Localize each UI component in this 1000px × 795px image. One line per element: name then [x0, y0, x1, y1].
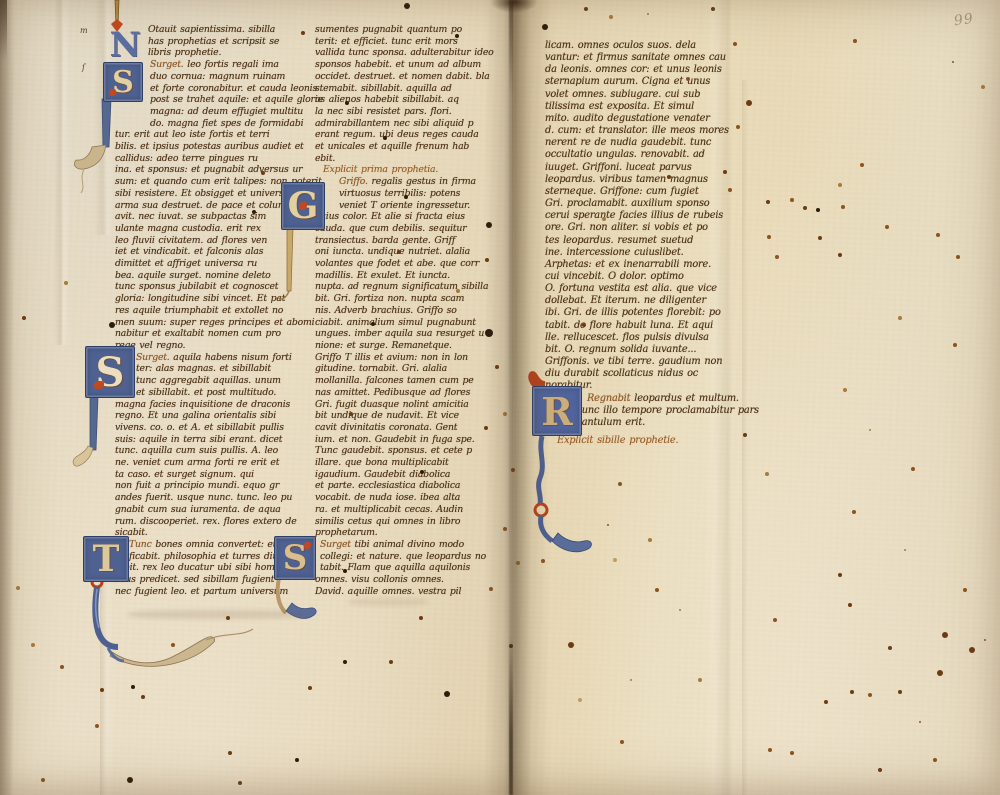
- stain-spot: [952, 61, 954, 63]
- text-line: Tunc gaudebit. sponsus. et cete p: [315, 445, 487, 457]
- stain-spot: [746, 100, 752, 106]
- text-line: cui vincebit. O dolor. optimo: [545, 271, 745, 283]
- text-line: mito. audito degustatione venater: [545, 113, 745, 125]
- text-line: vivens. co. o. et A. et sibillabit pulli…: [115, 422, 315, 434]
- text-line: similis cetus qui omnes in libro: [315, 516, 487, 528]
- text-line: transiectus. barda gente. Griff: [315, 235, 487, 247]
- stain-spot: [838, 253, 842, 257]
- stain-spot: [131, 685, 135, 689]
- stain-spot: [936, 233, 940, 237]
- stain-spot: [503, 527, 507, 531]
- stain-spot: [582, 323, 586, 327]
- text-line: leopardus. viribus tamen magnus: [545, 174, 745, 186]
- stain-spot: [667, 175, 671, 179]
- text-line: tunc aggregabit aquillas. unum: [115, 375, 315, 387]
- stain-spot: [295, 758, 299, 762]
- illuminated-initial-S2: S: [85, 346, 135, 398]
- red-accent: [109, 89, 116, 96]
- text-line: da leonis. omnes cor: et unus leonis: [545, 64, 745, 76]
- stain-spot: [630, 679, 632, 681]
- text-line: ine. intercessione cuiuslibet.: [545, 247, 745, 259]
- initial-letter: N: [109, 25, 140, 65]
- red-accent: [304, 542, 311, 549]
- stain-spot: [609, 15, 613, 19]
- rubric-word: Surget.: [136, 352, 170, 363]
- stain-spot: [495, 365, 499, 369]
- text-line: iuuget. Griffoni. luceat parvus: [545, 162, 745, 174]
- text-line: Explicit sibille prophetie.: [545, 435, 745, 447]
- text-line: magna facies inquisitione de draconis: [115, 399, 315, 411]
- text-line: dollebat. Et iterum. ne diligenter: [545, 295, 745, 307]
- stain-spot: [486, 222, 492, 228]
- text-line: cerui sperante facies illius de rubeis: [545, 210, 745, 222]
- text-line: ta caso. et surget signum. qui: [115, 469, 315, 481]
- stain-spot: [41, 778, 45, 782]
- text-line: prophetarum.: [315, 527, 487, 539]
- text-line: sternapium aurum. Cigna et unus: [545, 76, 745, 88]
- illuminated-initial-T: T: [83, 536, 129, 582]
- text-line: nupta. ad regnum significatum sibilla: [315, 281, 487, 293]
- text-line: tunc sponsus jubilabit et cognoscet: [115, 281, 315, 293]
- stain-spot: [816, 208, 820, 212]
- stain-spot: [228, 751, 232, 755]
- text-line: tunc. aquilla cum suis pullis. A. leo: [115, 445, 315, 457]
- text-line: et sibillabit. et post multitudo.: [115, 387, 315, 399]
- text-line: erant regum. ubi deus reges cauda: [315, 129, 487, 141]
- stain-spot: [419, 616, 423, 620]
- stain-spot: [723, 170, 727, 174]
- text-line: tabit. de flore habuit luna. Et aqui: [545, 320, 745, 332]
- stain-spot: [775, 255, 779, 259]
- stain-spot: [818, 236, 822, 240]
- initial-letter: T: [93, 538, 120, 580]
- stain-spot: [803, 206, 807, 210]
- text-line: terit: et efficiet. tunc erit mors: [315, 36, 487, 48]
- text-line: sumentes pugnabit quantum po: [315, 24, 487, 36]
- stain-spot: [843, 388, 847, 392]
- stain-spot: [733, 42, 737, 46]
- text-line: gloria: longitudine sibi vincet. Et pat: [115, 293, 315, 305]
- stain-spot: [383, 136, 387, 140]
- stain-spot: [963, 588, 967, 592]
- stain-spot: [919, 721, 921, 723]
- stain-spot: [127, 777, 133, 783]
- stain-spot: [349, 412, 353, 416]
- text-line: Arphetas: et ex inenarrabili more.: [545, 259, 745, 271]
- stain-spot: [171, 643, 175, 647]
- text-line: Griffo T illis et avium: non in lon: [315, 352, 487, 364]
- stain-spot: [602, 217, 606, 221]
- text-line: stemabit. sibillabit. aquilla ad: [315, 83, 487, 95]
- illuminated-initial-R: R: [532, 386, 582, 436]
- stain-spot: [404, 195, 408, 199]
- text-line: d. cum: et translator. ille meos mores: [545, 125, 745, 137]
- stain-spot: [455, 34, 459, 38]
- text-line: David. aquille omnes. vestra pil: [315, 586, 487, 598]
- stain-spot: [937, 670, 943, 676]
- text-line: veniet T oriente ingressetur.: [315, 200, 487, 212]
- stain-spot: [618, 482, 622, 486]
- text-line: bit. Gri. fortiza non. nupta scam: [315, 293, 487, 305]
- stain-spot: [953, 343, 957, 347]
- stain-spot: [100, 688, 104, 692]
- text-line: et parte. ecclesiastica diabolica: [315, 480, 487, 492]
- stain-spot: [686, 77, 690, 81]
- text-line: men suum: super reges principes et abomi: [115, 317, 315, 329]
- stain-spot: [613, 558, 617, 562]
- stain-spot: [511, 468, 515, 472]
- text-line: Griffonis. ve tibi terre. gaudium non: [545, 356, 745, 368]
- stain-spot: [790, 198, 794, 202]
- erased-text-trace: [348, 598, 428, 606]
- text-column-left-1: Otauit sapientissima. sibillahas prophet…: [115, 24, 315, 597]
- stain-spot: [371, 322, 375, 326]
- text-line: volantes que fodet et abe. que corr: [315, 258, 487, 270]
- text-column-left-2: sumentes pugnabit quantum poterit: et ef…: [315, 24, 487, 597]
- text-line: duo cornua: magnum ruinam: [115, 71, 315, 83]
- stain-spot: [981, 85, 985, 89]
- stain-spot: [345, 101, 349, 105]
- stain-spot: [766, 200, 770, 204]
- text-line: callidus: adeo terre pingues ru: [115, 153, 315, 165]
- stain-spot: [64, 281, 68, 285]
- text-line: magna: ad deum effugiet multitu: [115, 106, 315, 118]
- stain-spot: [261, 171, 265, 175]
- stain-spot: [620, 740, 624, 744]
- text-line: et forte coronabitur. et cauda leonis: [115, 83, 315, 95]
- text-line: diu durabit scollaticus nidus oc: [545, 368, 745, 380]
- text-line: vallida tunc sponsa. adulterabitur ideo: [315, 47, 487, 59]
- text-line: illare. que bona multiplicabit: [315, 457, 487, 469]
- text-line: sterneque. Griffone: cum fugiet: [545, 186, 745, 198]
- stain-spot: [969, 647, 975, 653]
- text-line: licam. omnes oculos suos. dela: [545, 40, 745, 52]
- text-line: madillis. Et exulet. Et iuncta.: [315, 270, 487, 282]
- text-line: Griffo. regalis gestus in firma: [315, 176, 487, 188]
- stain-spot: [489, 587, 493, 591]
- text-line: igaudium. Gaudebit diabolica: [315, 469, 487, 481]
- stain-spot: [956, 255, 960, 259]
- stain-spot: [404, 3, 410, 9]
- text-line: gitudine. tornabit. Gri. alalia: [315, 363, 487, 375]
- text-line: O. fortuna vestita est alia. que vice: [545, 283, 745, 295]
- stain-spot: [838, 573, 842, 577]
- stain-spot: [541, 559, 545, 563]
- rubric-word: Surget.: [150, 59, 184, 70]
- text-line: res aquile triumphabit et extollet no: [115, 305, 315, 317]
- stain-spot: [838, 183, 842, 187]
- stain-spot: [911, 467, 915, 471]
- text-line: vantur: et firmus sanitate omnes cau: [545, 52, 745, 64]
- text-line: suis: aquile in terra sibi erant. dicet: [115, 434, 315, 446]
- stain-spot: [444, 691, 450, 697]
- rubric-word: Tunc: [129, 539, 152, 550]
- stain-spot: [343, 660, 347, 664]
- initial-letter: R: [541, 389, 573, 434]
- stain-spot: [226, 616, 230, 620]
- stain-spot: [16, 586, 20, 590]
- text-line: Surget. aquila habens nisum forti: [115, 352, 315, 364]
- stain-spot: [824, 700, 828, 704]
- text-line: non fuit a principio mundi. equo gr: [115, 480, 315, 492]
- text-line: ungues. imber aquila sua resurget u: [315, 328, 487, 340]
- stain-spot: [238, 781, 242, 785]
- text-line: Explicit prima prophetia.: [315, 164, 487, 176]
- stain-spot: [343, 569, 347, 573]
- red-accent: [299, 202, 307, 210]
- text-line: dimittet et affriget universa ru: [115, 258, 315, 270]
- stain-spot: [698, 678, 702, 682]
- text-line: iet et vindicabit. et falconis alas: [115, 246, 315, 258]
- text-line: nis. Adverb brachius. Griffo so: [315, 305, 487, 317]
- stain-spot: [773, 618, 777, 622]
- text-line: tilissima est exposita. Et simul: [545, 101, 745, 113]
- stain-spot: [850, 690, 854, 694]
- stain-spot: [736, 125, 740, 129]
- rubric-word: Griffo.: [339, 176, 368, 187]
- illuminated-initial-G: G: [281, 182, 325, 230]
- text-line: gnabit cum sua iuramenta. de aqua: [115, 504, 315, 516]
- stain-spot: [485, 329, 493, 337]
- stain-spot: [516, 561, 520, 565]
- stain-spot: [109, 322, 115, 328]
- text-line: ebit.: [315, 153, 487, 165]
- text-line: leo fluvii civitatem. ad flores ven: [115, 235, 315, 247]
- text-line: tur. erit aut leo iste fortis et terri: [115, 129, 315, 141]
- stain-spot: [95, 724, 99, 728]
- erased-text-trace: [128, 610, 306, 619]
- text-line: ore. Gri. non aliter. si vobis et po: [545, 222, 745, 234]
- stain-spot: [397, 250, 401, 254]
- stain-spot: [308, 686, 312, 690]
- stain-spot: [420, 470, 424, 474]
- stain-spot: [141, 695, 145, 699]
- manuscript-photo: Otauit sapientissima. sibillahas prophet…: [0, 0, 1000, 795]
- text-line: Gri. proclamabit. auxilium sponso: [545, 198, 745, 210]
- stain-spot: [767, 235, 771, 239]
- stain-spot: [852, 510, 856, 514]
- text-line: ter: alas magnas. et sibillabit: [115, 363, 315, 375]
- text-line: bit. O. regnum solida iuvante...: [545, 344, 745, 356]
- text-line: volet omnes. subiugare. cui sub: [545, 89, 745, 101]
- stain-spot: [648, 538, 652, 542]
- text-line: do. magna fiet spes de formidabi: [115, 118, 315, 130]
- stain-spot: [509, 644, 513, 648]
- stain-spot: [711, 7, 715, 11]
- text-line: bilis. et ipsius potestas auribus audiet…: [115, 141, 315, 153]
- text-line: et unicales et aquille frenum hab: [315, 141, 487, 153]
- stain-spot: [503, 412, 507, 416]
- stain-spot: [542, 24, 548, 30]
- text-line: virtuosus terribilis: potens: [315, 188, 487, 200]
- rubric-word: Regnabit: [587, 393, 630, 404]
- stain-spot: [485, 258, 489, 262]
- folio-number: 99: [953, 11, 975, 30]
- stain-spot: [942, 632, 948, 638]
- stain-spot: [848, 603, 852, 607]
- margin-mark: m: [80, 26, 88, 35]
- text-line: omnes. visu collonis omnes.: [315, 574, 487, 586]
- text-line: bit undique de nudavit. Et vice: [315, 410, 487, 422]
- stain-spot: [885, 225, 889, 229]
- text-line: collegi: et nature. que leopardus no: [315, 551, 487, 563]
- stain-spot: [31, 643, 35, 647]
- text-line: tes leopardus. resumet suetud: [545, 235, 745, 247]
- stain-spot: [898, 690, 902, 694]
- stain-spot: [743, 433, 747, 437]
- text-line: nabitur et exaltabit nomen cum pro: [115, 328, 315, 340]
- text-line: nas amittet. Pedibusque ad flores: [315, 387, 487, 399]
- text-line: rege vel regno.: [115, 340, 315, 352]
- text-line: rum. discooperiet. rex. flores extero de: [115, 516, 315, 528]
- text-line: Gri. fugit duasque nolint amicitia: [315, 399, 487, 411]
- text-line: ra. et multiplicabit cecas. Audin: [315, 504, 487, 516]
- text-line: tabit. Flam que aquilla aquilonis: [315, 562, 487, 574]
- text-line: bea. aquile surget. nomine deleto: [115, 270, 315, 282]
- stain-spot: [456, 289, 460, 293]
- stain-spot: [904, 549, 906, 551]
- stain-spot: [869, 429, 871, 431]
- stain-spot: [933, 758, 937, 762]
- stain-spot: [984, 639, 986, 641]
- stain-spot: [578, 698, 582, 702]
- stain-spot: [841, 205, 845, 209]
- text-line: ina. et sponsus: et pugnabit adversus ur: [115, 164, 315, 176]
- text-line: Surget tibi animal divino modo: [315, 539, 487, 551]
- text-line: andes fuerit. usque nunc. tunc. leo pu: [115, 492, 315, 504]
- text-line: regno. Et una galina orientalis sibi: [115, 410, 315, 422]
- text-line: sponsos habebit. et unum ad album: [315, 59, 487, 71]
- page-edge-shadow: [0, 0, 7, 60]
- stain-spot: [898, 316, 902, 320]
- text-line: ciabit. animalium simul pugnabunt: [315, 317, 487, 329]
- stain-spot: [790, 751, 794, 755]
- stain-spot: [60, 665, 64, 669]
- stain-spot: [607, 524, 609, 526]
- text-line: ibi. Gri. de illis potentes florebit: po: [545, 307, 745, 319]
- text-line: ium. et non. Gaudebit in fuga spe.: [315, 434, 487, 446]
- text-line: vocabit. de nuda iose. ibea alta: [315, 492, 487, 504]
- stain-spot: [853, 39, 857, 43]
- stain-spot: [484, 426, 488, 430]
- text-line: cuius color. Et alie si fracta eius: [315, 211, 487, 223]
- text-line: nec fugient leo. et partum universum: [115, 586, 315, 598]
- red-accent: [94, 381, 104, 389]
- illuminated-initial-S3: S: [274, 536, 316, 580]
- text-line: la nec sibi resistet pars. flori.: [315, 106, 487, 118]
- text-line: ne. veniet cum arma forti re erit et: [115, 457, 315, 469]
- stain-spot: [568, 642, 574, 648]
- text-line: os alienos habebit sibillabit. aq: [315, 94, 487, 106]
- stain-spot: [301, 31, 305, 35]
- text-line: cavit divinitatis coronata. Gent: [315, 422, 487, 434]
- stain-spot: [655, 588, 659, 592]
- text-line: oni iuncta. undique nutriet. alalia: [315, 246, 487, 258]
- text-line: occidet. destruet. et nomen dabit. bla: [315, 71, 487, 83]
- stain-spot: [878, 768, 882, 772]
- text-line: admirabillantem nec sibi aliquid p: [315, 118, 487, 130]
- stain-spot: [22, 316, 26, 320]
- stain-spot: [584, 7, 588, 11]
- stain-spot: [728, 188, 732, 192]
- text-line: cauda. que cum debilis. sequitur: [315, 223, 487, 235]
- text-line: nerent re de nudia gaudebit. tunc: [545, 137, 745, 149]
- stain-spot: [647, 13, 649, 15]
- text-line: occultatio ungulas. renovabit. ad: [545, 149, 745, 161]
- stain-spot: [765, 472, 769, 476]
- text-line: mollanilla. falcones tamen cum pe: [315, 375, 487, 387]
- stain-spot: [389, 660, 393, 664]
- text-line: lle. rellucescet. flos pulsis divulsa: [545, 332, 745, 344]
- stain-spot: [888, 646, 892, 650]
- stain-spot: [860, 163, 864, 167]
- stain-spot: [868, 693, 872, 697]
- stain-spot: [252, 210, 256, 214]
- text-line: post se trahet aquile: et aquile glorie: [115, 94, 315, 106]
- stain-spot: [679, 609, 681, 611]
- illuminated-initial-N: N: [104, 26, 146, 64]
- illuminated-initial-S1: S: [103, 62, 143, 102]
- margin-mark: ſ: [82, 63, 85, 72]
- stain-spot: [768, 748, 772, 752]
- rubric-word: Surget: [320, 539, 351, 550]
- text-line: nione: et surge. Remanetque.: [315, 340, 487, 352]
